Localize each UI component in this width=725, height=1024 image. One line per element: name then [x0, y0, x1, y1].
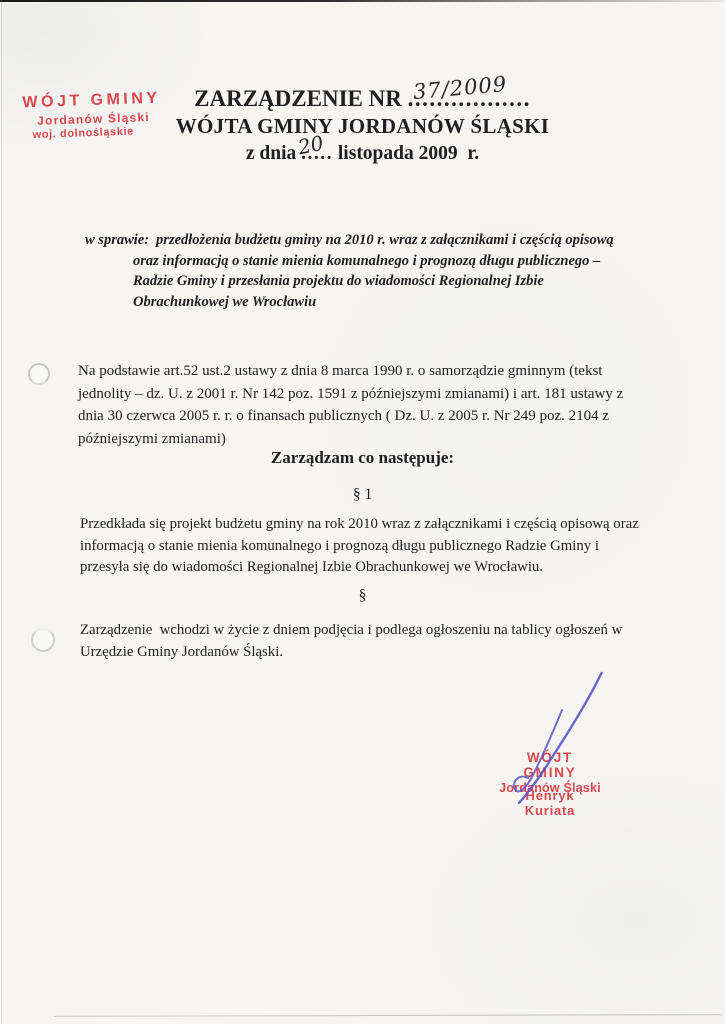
document-title: ZARZĄDZENIE NR .................37/2009 … [0, 85, 725, 166]
ordinance-number-line: ZARZĄDZENIE NR .................37/2009 [0, 85, 725, 112]
dotted-blank-number: .................37/2009 [408, 85, 531, 112]
subject-line: Obrachunkowej we Wrocławiu [85, 292, 645, 313]
section-1-paragraph: Przedkłada się projekt budżetu gminy na … [80, 514, 665, 579]
section-2-line: Urzędzie Gminy Jordanów Śląski. [80, 641, 665, 663]
issuing-authority-line: WÓJTA GMINY JORDANÓW ŚLĄSKI [0, 114, 725, 139]
section-1-line: Przedkłada się projekt budżetu gminy na … [80, 514, 665, 536]
subject-line: oraz informacją o stanie mienia komunaln… [85, 251, 645, 272]
legal-basis-line: jednolity – dz. U. z 2001 r. Nr 142 poz.… [78, 383, 663, 406]
date-suffix: listopada 2009 r. [333, 143, 479, 164]
legal-basis-paragraph: Na podstawie art.52 ust.2 ustawy z dnia … [78, 360, 663, 450]
signatory-name: Henryk Kuriata [499, 788, 601, 818]
section-2-paragraph: Zarządzenie wchodzi w życie z dniem podj… [80, 619, 665, 663]
punch-hole-bottom [31, 628, 55, 652]
date-line: z dnia .....20 listopada 2009 r. [0, 142, 725, 166]
legal-basis-line: dnia 30 czerwca 2005 r. r. o finansach p… [78, 405, 663, 428]
section-2-line: Zarządzenie wchodzi w życie z dniem podj… [80, 619, 665, 641]
order-heading: Zarządzam co następuje: [0, 448, 725, 468]
legal-basis-line: późniejszymi zmianami) [78, 428, 663, 451]
section-1-line: przesyła się do wiadomości Regionalnej I… [80, 557, 665, 579]
signature-stamp-office: WÓJT GMINY [499, 750, 601, 780]
scan-bottom-edge [54, 1014, 722, 1017]
subject-text: przedłożenia budżetu gminy na 2010 r. wr… [156, 232, 614, 248]
section-1-symbol: § 1 [0, 486, 725, 504]
section-1-line: informacją o stanie mienia komunalnego i… [80, 536, 665, 558]
subject-label: w sprawie: [85, 232, 156, 248]
date-prefix: z dnia [246, 143, 301, 164]
section-2-symbol: § [0, 587, 725, 605]
subject-line: w sprawie:przedłożenia budżetu gminy na … [85, 230, 645, 251]
document-page: WÓJT GMINY Jordanów Śląski woj. dolnoślą… [0, 0, 725, 1024]
subject-block: w sprawie:przedłożenia budżetu gminy na … [85, 230, 645, 312]
ordinance-title-prefix: ZARZĄDZENIE NR [194, 86, 402, 111]
scan-top-edge [0, 0, 725, 2]
subject-line: Radzie Gminy i przesłania projektu do wi… [85, 271, 645, 292]
dotted-blank-day: .....20 [301, 142, 333, 166]
legal-basis-line: Na podstawie art.52 ust.2 ustawy z dnia … [78, 360, 663, 383]
punch-hole-top [28, 363, 50, 385]
